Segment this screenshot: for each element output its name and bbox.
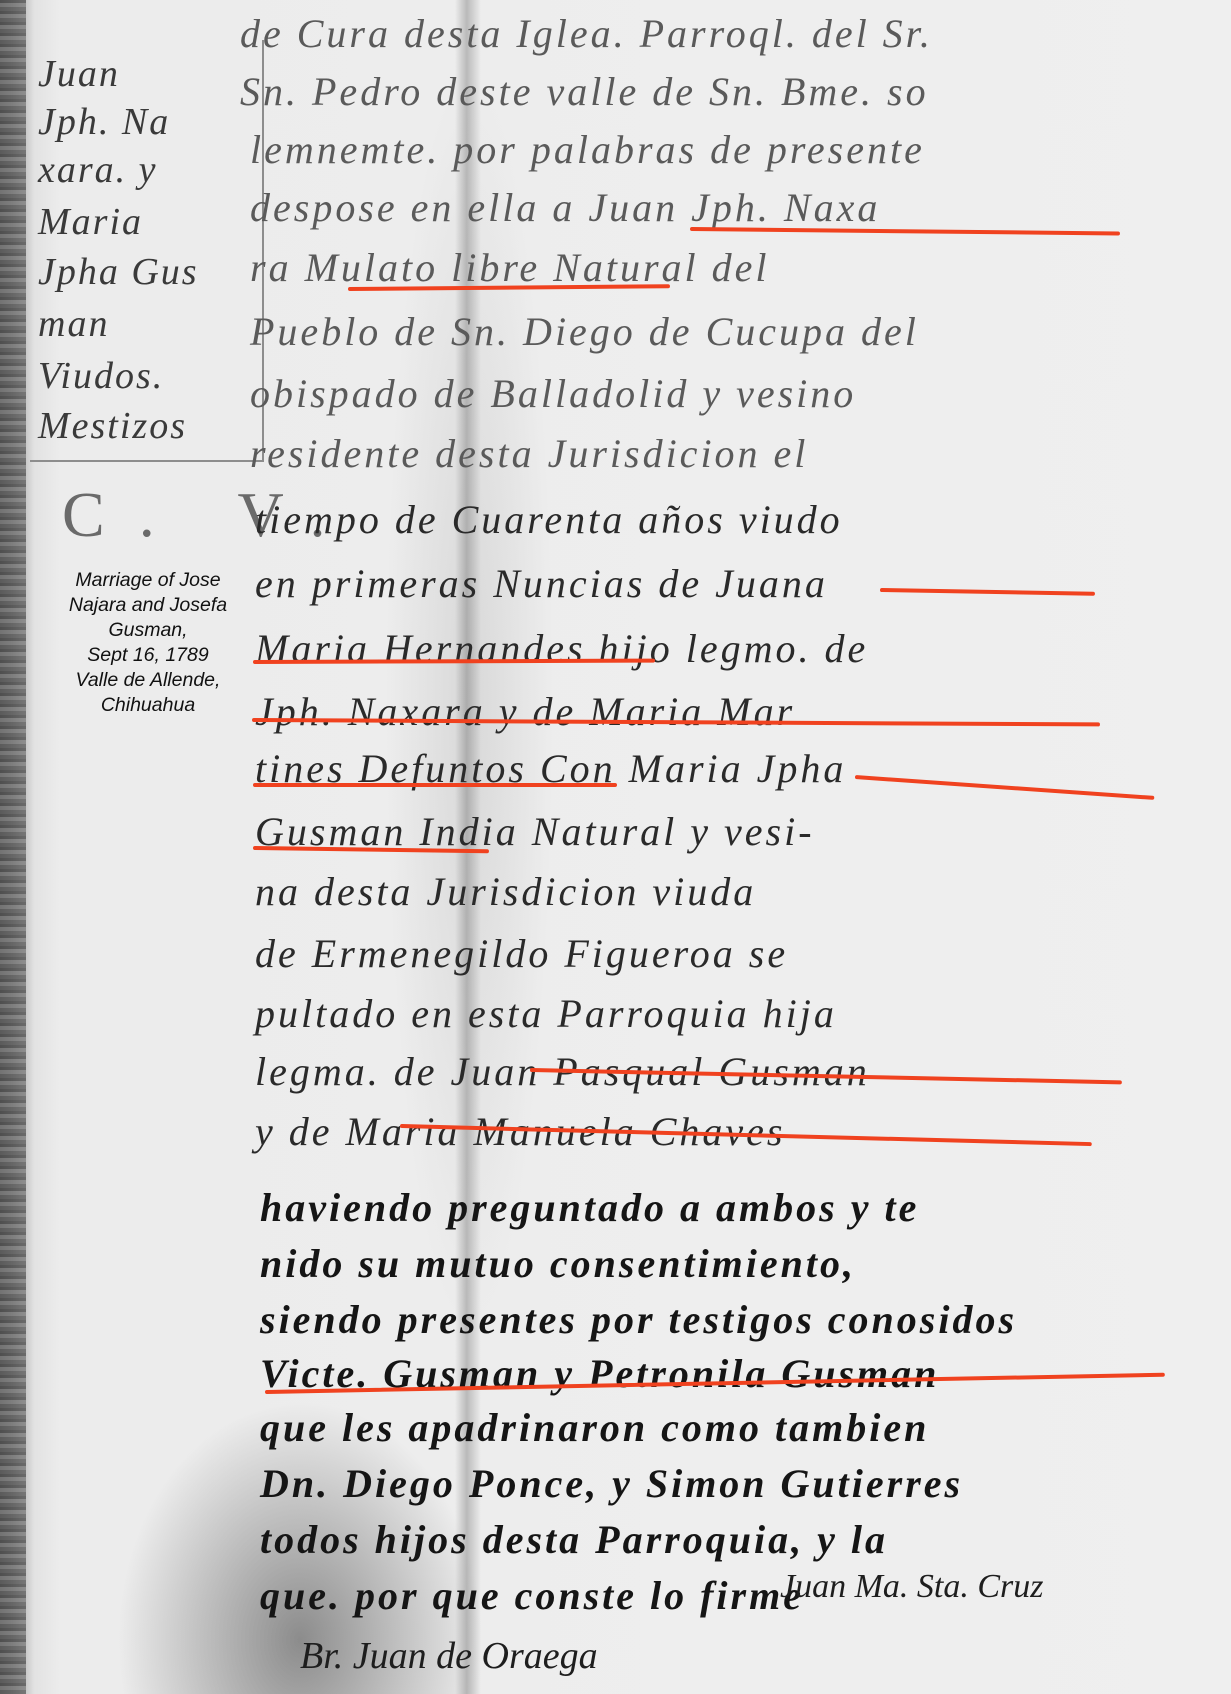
manuscript-line: Pueblo de Sn. Diego de Cucupa del bbox=[250, 308, 919, 355]
name-underline bbox=[855, 775, 1155, 800]
margin-note-line: xara. y bbox=[38, 148, 158, 192]
manuscript-line: nido su mutuo consentimiento, bbox=[260, 1240, 856, 1287]
manuscript-line: Jph. Naxara y de Maria Mar bbox=[255, 688, 795, 735]
margin-note-line: Juan bbox=[38, 52, 120, 96]
margin-note-line: Jpha Gus bbox=[38, 250, 199, 294]
manuscript-line: haviendo preguntado a ambos y te bbox=[260, 1184, 919, 1231]
name-underline bbox=[253, 783, 617, 787]
name-underline bbox=[880, 588, 1095, 596]
margin-note-line: Maria bbox=[38, 200, 143, 244]
manuscript-line: siendo presentes por testigos conosidos bbox=[260, 1296, 1017, 1343]
image-caption: Marriage of Jose Najara and Josefa Gusma… bbox=[40, 568, 256, 718]
manuscript-line: de Ermenegildo Figueroa se bbox=[255, 930, 788, 977]
margin-note-line: Jph. Na bbox=[38, 100, 170, 144]
notary-signature: Br. Juan de Oraega bbox=[300, 1634, 598, 1678]
caption-line: Valle de Allende, bbox=[40, 668, 256, 693]
manuscript-line: de Cura desta Iglea. Parroql. del Sr. bbox=[240, 10, 933, 57]
manuscript-line: todos hijos desta Parroquia, y la bbox=[260, 1516, 888, 1563]
priest-signature: Juan Ma. Sta. Cruz bbox=[780, 1568, 1044, 1606]
manuscript-line: pultado en esta Parroquia hija bbox=[255, 990, 837, 1037]
name-underline bbox=[690, 227, 1120, 236]
margin-note-line: man bbox=[38, 302, 109, 346]
manuscript-line: despose en ella a Juan Jph. Naxa bbox=[250, 184, 880, 231]
manuscript-line: que les apadrinaron como tambien bbox=[260, 1404, 929, 1451]
caption-line: Najara and Josefa bbox=[40, 593, 256, 618]
manuscript-page: Juan Jph. Na xara. y Maria Jpha Gus man … bbox=[0, 0, 1231, 1694]
margin-note-line: Mestizos bbox=[38, 404, 187, 448]
manuscript-line: obispado de Balladolid y vesino bbox=[250, 370, 856, 417]
caption-line: Marriage of Jose bbox=[40, 568, 256, 593]
manuscript-line: Dn. Diego Ponce, y Simon Gutierres bbox=[260, 1460, 963, 1507]
manuscript-line: tiempo de Cuarenta años viudo bbox=[255, 496, 843, 543]
caption-line: Sept 16, 1789 bbox=[40, 643, 256, 668]
margin-note-line: Viudos. bbox=[38, 354, 164, 398]
caption-line: Gusman, bbox=[40, 618, 256, 643]
manuscript-line: lemnemte. por palabras de presente bbox=[250, 126, 925, 173]
caption-line: Chihuahua bbox=[40, 693, 256, 718]
manuscript-line: en primeras Nuncias de Juana bbox=[255, 560, 828, 607]
manuscript-line: ra Mulato libre Natural del bbox=[250, 244, 770, 291]
manuscript-line: residente desta Jurisdicion el bbox=[250, 430, 808, 477]
manuscript-line: na desta Jurisdicion viuda bbox=[255, 868, 756, 915]
manuscript-line: que. por que conste lo firme bbox=[260, 1572, 804, 1619]
manuscript-line: Maria Hernandes hijo legmo. de bbox=[255, 625, 868, 672]
book-binding-edge bbox=[0, 0, 26, 1694]
manuscript-line: Sn. Pedro deste valle de Sn. Bme. so bbox=[240, 68, 929, 115]
